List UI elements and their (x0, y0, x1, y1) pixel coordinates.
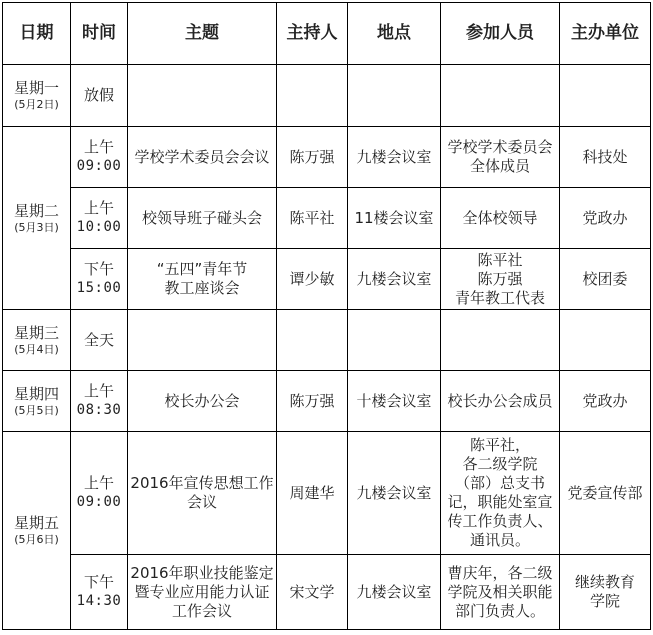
time-period: 下午 (73, 260, 125, 279)
table-row: 下午 15:00 “五四”青年节 教工座谈会 谭少敏 九楼会议室 陈平社 陈万强… (3, 249, 651, 310)
attendees-cell: 校长办公会成员 (441, 371, 560, 432)
header-topic: 主题 (128, 3, 277, 65)
attendees-line: 学校学术委员会 (443, 138, 557, 157)
topic-text: 2016年宣传思想工作 (130, 474, 274, 493)
topic-cell: 校领导班子碰头会 (128, 188, 277, 249)
attendees-line: 记，职能处室宣 (443, 493, 557, 512)
attendees-line: 陈平社 (443, 251, 557, 270)
topic-cell (128, 65, 277, 127)
time-period: 下午 (73, 573, 125, 592)
location-cell: 九楼会议室 (348, 249, 441, 310)
topic-text: 教工座谈会 (130, 279, 274, 298)
organizer-cell: 党政办 (560, 188, 651, 249)
table-row: 下午 14:30 2016年职业技能鉴定 暨专业应用能力认证 工作会议 宋文学 … (3, 555, 651, 630)
attendees-line: 校长办公会成员 (443, 392, 557, 411)
attendees-line: 全体成员 (443, 157, 557, 176)
time-period: 上午 (73, 138, 125, 157)
attendees-line: 全体校领导 (443, 209, 557, 228)
attendees-cell (441, 310, 560, 371)
time-period: 上午 (73, 199, 125, 218)
location-cell: 九楼会议室 (348, 432, 441, 555)
organizer-cell: 党政办 (560, 371, 651, 432)
table-row: 星期四 (5月5日) 上午 08:30 校长办公会 陈万强 十楼会议室 校长办公… (3, 371, 651, 432)
organizer-cell (560, 65, 651, 127)
header-organizer: 主办单位 (560, 3, 651, 65)
organizer-cell: 校团委 (560, 249, 651, 310)
attendees-line: 曹庆年，各二级 (443, 564, 557, 583)
location-cell (348, 310, 441, 371)
date: (5月3日) (5, 221, 68, 235)
weekday: 星期五 (5, 514, 68, 533)
attendees-cell: 学校学术委员会 全体成员 (441, 127, 560, 188)
weekday: 星期四 (5, 385, 68, 404)
day-cell: 星期五 (5月6日) (3, 432, 71, 630)
attendees-line: 青年教工代表 (443, 289, 557, 308)
time-clock: 09:00 (73, 157, 125, 176)
attendees-cell: 陈平社， 各二级学院 （部）总支书 记，职能处室宣 传工作负责人、 通讯员。 (441, 432, 560, 555)
time-clock: 08:30 (73, 401, 125, 420)
attendees-line: 通讯员。 (443, 531, 557, 550)
time-cell: 下午 15:00 (71, 249, 128, 310)
organizer-cell (560, 310, 651, 371)
time-period: 上午 (73, 382, 125, 401)
attendees-line: （部）总支书 (443, 474, 557, 493)
day-cell: 星期四 (5月5日) (3, 371, 71, 432)
organizer-line: 继续教育 (562, 573, 648, 592)
time-clock: 14:30 (73, 592, 125, 611)
time-clock: 09:00 (73, 493, 125, 512)
host-cell (277, 310, 348, 371)
header-time: 时间 (71, 3, 128, 65)
host-cell: 宋文学 (277, 555, 348, 630)
attendees-cell: 全体校领导 (441, 188, 560, 249)
date: (5月6日) (5, 533, 68, 547)
weekday: 星期二 (5, 202, 68, 221)
weekday: 星期三 (5, 324, 68, 343)
time-cell: 上午 09:00 (71, 127, 128, 188)
table-row: 星期二 (5月3日) 上午 09:00 学校学术委员会会议 陈万强 九楼会议室 … (3, 127, 651, 188)
date: (5月5日) (5, 404, 68, 418)
topic-text: 2016年职业技能鉴定 (130, 564, 274, 583)
header-location: 地点 (348, 3, 441, 65)
time-cell: 上午 10:00 (71, 188, 128, 249)
table-row: 星期三 (5月4日) 全天 (3, 310, 651, 371)
organizer-cell: 继续教育 学院 (560, 555, 651, 630)
attendees-line: 学院及相关职能 (443, 583, 557, 602)
topic-cell: 校长办公会 (128, 371, 277, 432)
attendees-line: 陈万强 (443, 270, 557, 289)
table-row: 上午 10:00 校领导班子碰头会 陈平社 11楼会议室 全体校领导 党政办 (3, 188, 651, 249)
time-cell: 全天 (71, 310, 128, 371)
host-cell: 谭少敏 (277, 249, 348, 310)
date: (5月2日) (5, 98, 68, 112)
host-cell (277, 65, 348, 127)
host-cell: 周建华 (277, 432, 348, 555)
location-cell: 11楼会议室 (348, 188, 441, 249)
topic-text: 校领导班子碰头会 (130, 209, 274, 228)
table-row: 星期一 (5月2日) 放假 (3, 65, 651, 127)
topic-text: 会议 (130, 493, 274, 512)
topic-text: 校长办公会 (130, 392, 274, 411)
organizer-cell: 党委宣传部 (560, 432, 651, 555)
time-period: 放假 (73, 86, 125, 105)
header-date: 日期 (3, 3, 71, 65)
day-cell: 星期三 (5月4日) (3, 310, 71, 371)
date: (5月4日) (5, 343, 68, 357)
time-cell: 放假 (71, 65, 128, 127)
topic-cell: 2016年职业技能鉴定 暨专业应用能力认证 工作会议 (128, 555, 277, 630)
weekly-meeting-schedule-table: 日期 时间 主题 主持人 地点 参加人员 主办单位 星期一 (5月2日) 放假 … (2, 2, 651, 630)
header-attendees: 参加人员 (441, 3, 560, 65)
host-cell: 陈万强 (277, 127, 348, 188)
location-cell: 九楼会议室 (348, 555, 441, 630)
topic-cell: 2016年宣传思想工作 会议 (128, 432, 277, 555)
attendees-line: 传工作负责人、 (443, 512, 557, 531)
time-cell: 上午 08:30 (71, 371, 128, 432)
topic-cell: 学校学术委员会会议 (128, 127, 277, 188)
time-cell: 下午 14:30 (71, 555, 128, 630)
topic-text: 学校学术委员会会议 (130, 148, 274, 167)
location-cell (348, 65, 441, 127)
time-clock: 15:00 (73, 279, 125, 298)
organizer-cell: 科技处 (560, 127, 651, 188)
topic-text: 暨专业应用能力认证 (130, 583, 274, 602)
topic-text: 工作会议 (130, 602, 274, 621)
attendees-line: 部门负责人。 (443, 602, 557, 621)
attendees-cell: 陈平社 陈万强 青年教工代表 (441, 249, 560, 310)
header-host: 主持人 (277, 3, 348, 65)
host-cell: 陈万强 (277, 371, 348, 432)
location-cell: 九楼会议室 (348, 127, 441, 188)
table-row: 星期五 (5月6日) 上午 09:00 2016年宣传思想工作 会议 周建华 九… (3, 432, 651, 555)
location-cell: 十楼会议室 (348, 371, 441, 432)
day-cell: 星期二 (5月3日) (3, 127, 71, 310)
time-period: 全天 (73, 331, 125, 350)
day-cell: 星期一 (5月2日) (3, 65, 71, 127)
topic-cell (128, 310, 277, 371)
time-period: 上午 (73, 474, 125, 493)
organizer-line: 学院 (562, 592, 648, 611)
topic-cell: “五四”青年节 教工座谈会 (128, 249, 277, 310)
weekday: 星期一 (5, 79, 68, 98)
attendees-line: 陈平社， (443, 436, 557, 455)
header-row: 日期 时间 主题 主持人 地点 参加人员 主办单位 (3, 3, 651, 65)
topic-text: “五四”青年节 (130, 260, 274, 279)
attendees-line: 各二级学院 (443, 455, 557, 474)
time-cell: 上午 09:00 (71, 432, 128, 555)
attendees-cell: 曹庆年，各二级 学院及相关职能 部门负责人。 (441, 555, 560, 630)
time-clock: 10:00 (73, 218, 125, 237)
host-cell: 陈平社 (277, 188, 348, 249)
attendees-cell (441, 65, 560, 127)
